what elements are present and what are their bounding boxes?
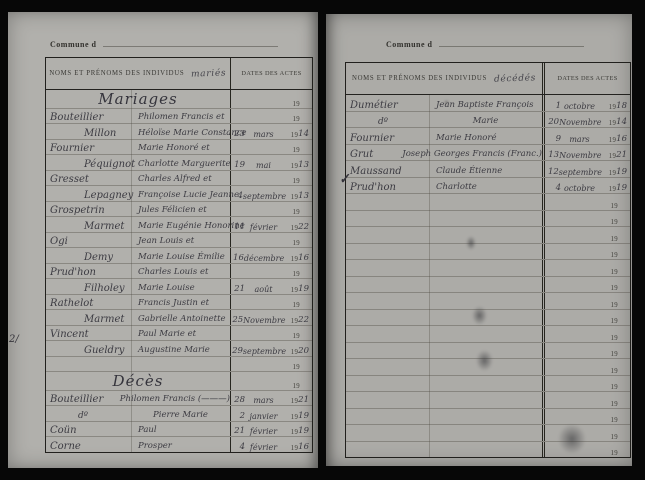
date-cell: 19 xyxy=(542,343,630,359)
date-day: 19 xyxy=(231,160,245,170)
names-area: CorneProsper xyxy=(46,437,230,451)
date-year: 1920 xyxy=(286,346,312,356)
date-year: 19 xyxy=(598,252,630,259)
scanned-register-spread: Commune d NOMS ET PRÉNOMS DES INDIVIDUS … xyxy=(0,0,645,480)
register-row: 19 xyxy=(346,226,630,243)
year-printed-prefix: 19 xyxy=(611,219,618,226)
register-row: Prud'honCharlotte4octobre1919 xyxy=(346,177,630,194)
date-month: Novembre xyxy=(243,316,285,325)
surname-cell: dº xyxy=(46,411,131,421)
date-year: 19 xyxy=(282,209,312,216)
date-cell: 19 xyxy=(542,227,630,243)
register-row: FournierMarie Honoré9mars1916 xyxy=(346,127,630,144)
surname-cell: dº xyxy=(346,117,429,127)
register-row: Mariages19 xyxy=(46,90,312,108)
date-day: 20 xyxy=(545,117,559,127)
table-body: Mariages19BouteillierPhilomen Francis et… xyxy=(46,90,312,452)
date-day: 2 xyxy=(231,411,245,421)
table-body: DumétierJean Baptiste François1octobre19… xyxy=(346,95,630,457)
date-year: 1922 xyxy=(282,222,312,232)
year-printed-prefix: 19 xyxy=(611,302,618,309)
register-row: CorneProsper4février1916 xyxy=(46,436,312,451)
given-names-cell: Marie Honoré xyxy=(429,133,497,144)
names-area: DemyMarie Louise Émilie xyxy=(46,248,230,262)
given-names-cell: Charlotte xyxy=(429,182,477,193)
dates-column-label: DATES DES ACTES xyxy=(557,75,617,82)
date-cell: 20Novembre1914 xyxy=(542,112,630,128)
year-handwritten-suffix: 19 xyxy=(616,183,627,193)
dates-column-label: DATES DES ACTES xyxy=(241,70,301,77)
date-cell: 19 xyxy=(542,409,630,425)
year-printed-prefix: 19 xyxy=(291,429,298,436)
register-row: DemyMarie Louise Émilie16décembre1916 xyxy=(46,247,312,262)
handwritten-annotation: mariés xyxy=(191,68,227,79)
register-page-left: Commune d NOMS ET PRÉNOMS DES INDIVIDUS … xyxy=(8,12,318,468)
date-year: 19 xyxy=(598,335,630,342)
names-area xyxy=(346,244,542,260)
date-month: mai xyxy=(245,161,282,170)
date-year: 1916 xyxy=(598,134,630,144)
given-names-cell: Philomen Francis et xyxy=(131,112,225,123)
register-row: GrospetrinJules Félicien et19 xyxy=(46,201,312,216)
handwritten-annotation: décédés xyxy=(494,73,536,84)
year-printed-prefix: 19 xyxy=(293,240,300,247)
date-year: 19 xyxy=(598,450,630,457)
names-area: PéquignotCharlotte Marguerite xyxy=(46,155,230,169)
date-month: mars xyxy=(245,396,282,405)
date-month: février xyxy=(245,223,282,232)
date-year: 19 xyxy=(598,417,630,424)
date-day: 4 xyxy=(231,191,243,201)
commune-label: Commune d xyxy=(50,40,97,49)
register-row: PéquignotCharlotte Marguerite19mai1913 xyxy=(46,154,312,169)
date-day: 4 xyxy=(545,183,561,193)
surname-cell: Grospetrin xyxy=(46,205,131,216)
date-day: 11 xyxy=(231,222,245,232)
date-year: 1919 xyxy=(598,183,630,193)
names-column-header: NOMS ET PRÉNOMS DES INDIVIDUS mariés xyxy=(46,58,230,89)
date-month: Novembre xyxy=(559,118,601,127)
date-cell: 4septembre1913 xyxy=(230,186,312,200)
date-year: 1914 xyxy=(601,117,630,127)
date-cell: 25Novembre1922 xyxy=(230,310,312,324)
year-handwritten-suffix: 22 xyxy=(298,222,309,232)
date-cell: 9mars1916 xyxy=(542,128,630,144)
date-day: 21 xyxy=(231,284,245,294)
date-cell: 28mars1921 xyxy=(230,391,312,405)
date-year: 1913 xyxy=(282,160,312,170)
year-handwritten-suffix: 22 xyxy=(298,315,309,325)
date-cell: 19 xyxy=(542,260,630,276)
year-printed-prefix: 19 xyxy=(611,384,618,391)
register-row: FournierMarie Honoré et19 xyxy=(46,139,312,154)
date-year: 19 xyxy=(598,368,630,375)
date-year: 19 xyxy=(598,384,630,391)
date-month: Novembre xyxy=(559,151,601,160)
date-cell: 19 xyxy=(542,194,630,210)
register-row: 19 xyxy=(346,276,630,293)
year-printed-prefix: 19 xyxy=(293,302,300,309)
surname-cell: Péquignot xyxy=(46,159,131,170)
given-names-cell: Paul Marie et xyxy=(131,329,196,340)
date-cell: 19 xyxy=(230,326,312,340)
date-cell: 19 xyxy=(542,293,630,309)
surname-cell: Fournier xyxy=(346,133,429,144)
given-names-cell: Marie xyxy=(429,116,542,127)
register-row: MarmetGabrielle Antoinette25Novembre1922 xyxy=(46,309,312,324)
year-printed-prefix: 19 xyxy=(291,163,298,170)
date-year: 19 xyxy=(282,178,312,185)
date-year: 1919 xyxy=(282,411,312,421)
register-row: 19 xyxy=(346,325,630,342)
date-day: 1 xyxy=(545,101,561,111)
names-area xyxy=(346,409,542,425)
date-cell: 19 xyxy=(230,171,312,185)
date-cell: 12septembre1919 xyxy=(542,161,630,177)
commune-blank-line xyxy=(103,38,278,47)
year-printed-prefix: 19 xyxy=(611,203,618,210)
year-printed-prefix: 19 xyxy=(609,170,616,177)
year-printed-prefix: 19 xyxy=(611,285,618,292)
register-row: 19 xyxy=(346,193,630,210)
date-cell: 29septembre1920 xyxy=(230,341,312,355)
register-row: 19 xyxy=(346,210,630,227)
commune-header: Commune d xyxy=(386,38,584,49)
year-printed-prefix: 19 xyxy=(293,116,300,123)
year-printed-prefix: 19 xyxy=(611,351,618,358)
register-row: MaussandClaude Étienne12septembre1919 xyxy=(346,160,630,177)
year-printed-prefix: 19 xyxy=(609,186,616,193)
names-column-label: NOMS ET PRÉNOMS DES INDIVIDUS xyxy=(49,70,184,77)
surname-cell: Bouteillier xyxy=(46,112,131,123)
given-names-cell: Marie Eugénie Honorine xyxy=(131,221,245,232)
surname-cell: Millon xyxy=(46,128,131,139)
year-printed-prefix: 19 xyxy=(609,104,616,111)
date-cell: 21février1919 xyxy=(230,422,312,436)
date-year: 1921 xyxy=(282,395,312,405)
register-row: MarmetMarie Eugénie Honorine11février192… xyxy=(46,216,312,231)
surname-cell: Corne xyxy=(46,441,131,452)
names-area xyxy=(46,357,230,371)
year-handwritten-suffix: 20 xyxy=(298,346,309,356)
names-area: BouteillierPhilomen Francis et xyxy=(46,109,230,123)
date-day: 28 xyxy=(231,395,245,405)
register-row: DumétierJean Baptiste François1octobre19… xyxy=(346,95,630,111)
date-cell: 23mars1914 xyxy=(230,124,312,138)
register-row: Décès19 xyxy=(46,371,312,390)
date-year: 19 xyxy=(598,219,630,226)
names-column-header: NOMS ET PRÉNOMS DES INDIVIDUS décédés xyxy=(346,63,542,94)
given-names-cell xyxy=(429,456,436,457)
year-printed-prefix: 19 xyxy=(293,271,300,278)
register-row: GressetCharles Alfred et19 xyxy=(46,170,312,185)
register-row: OgiJean Louis et19 xyxy=(46,232,312,247)
date-month: décembre xyxy=(244,254,284,263)
date-year: 1921 xyxy=(601,150,630,160)
names-column-label: NOMS ET PRÉNOMS DES INDIVIDUS xyxy=(352,75,487,82)
year-handwritten-suffix: 13 xyxy=(298,160,309,170)
date-cell: 19 xyxy=(230,140,312,154)
date-year: 1919 xyxy=(602,167,630,177)
given-names-cell: Marie Louise Émilie xyxy=(131,252,225,263)
year-printed-prefix: 19 xyxy=(293,147,300,154)
surname-cell: Filholey xyxy=(46,283,131,294)
register-row: BouteillierPhilomen Francis et19 xyxy=(46,108,312,123)
date-month: août xyxy=(245,285,282,294)
date-year: 19 xyxy=(598,203,630,210)
register-row: 19 xyxy=(346,441,630,458)
year-handwritten-suffix: 21 xyxy=(298,395,309,405)
date-year: 19 xyxy=(282,271,312,278)
year-printed-prefix: 19 xyxy=(293,101,300,108)
given-names-cell: Marie Louise xyxy=(131,283,195,294)
year-printed-prefix: 19 xyxy=(293,364,300,371)
date-day: 13 xyxy=(545,150,559,160)
date-year: 19 xyxy=(282,101,312,108)
names-area: GrutJoseph Georges Francis (Franc.) xyxy=(346,145,542,161)
register-row: 19 xyxy=(346,424,630,441)
date-day: 21 xyxy=(231,426,245,436)
names-area xyxy=(346,343,542,359)
year-handwritten-suffix: 19 xyxy=(298,284,309,294)
table-header: NOMS ET PRÉNOMS DES INDIVIDUS décédés DA… xyxy=(346,63,630,95)
names-area: FournierMarie Honoré et xyxy=(46,140,230,154)
date-year: 19 xyxy=(598,434,630,441)
surname-cell: Fournier xyxy=(46,143,131,154)
year-handwritten-suffix: 16 xyxy=(298,442,309,452)
register-page-right: Commune d NOMS ET PRÉNOMS DES INDIVIDUS … xyxy=(326,14,632,466)
year-printed-prefix: 19 xyxy=(291,256,298,263)
names-area xyxy=(346,260,542,276)
register-row: 19 xyxy=(346,243,630,260)
date-cell: 19 xyxy=(230,372,312,390)
given-names-cell: Marie Honoré et xyxy=(131,143,210,154)
names-area: Prud'honCharles Louis et xyxy=(46,264,230,278)
names-area: CoünPaul xyxy=(46,422,230,436)
names-area xyxy=(346,425,542,441)
date-year: 19 xyxy=(282,116,312,123)
register-table-mariages: NOMS ET PRÉNOMS DES INDIVIDUS mariés DAT… xyxy=(45,57,313,453)
register-row: 19 xyxy=(346,391,630,408)
date-year: 19 xyxy=(282,240,312,247)
date-cell: 4octobre1919 xyxy=(542,178,630,194)
date-month: janvier xyxy=(245,412,282,421)
names-area: MarmetMarie Eugénie Honorine xyxy=(46,217,230,231)
given-names-cell: Jules Félicien et xyxy=(131,205,207,216)
date-year: 19 xyxy=(282,364,312,371)
date-cell: 19 xyxy=(230,233,312,247)
date-cell: 19 xyxy=(542,211,630,227)
year-printed-prefix: 19 xyxy=(293,383,300,390)
year-handwritten-suffix: 21 xyxy=(616,150,627,160)
given-names-cell: Françoise Lucie Jeanne xyxy=(131,190,239,201)
date-cell: 19 xyxy=(230,357,312,371)
year-handwritten-suffix: 16 xyxy=(298,253,309,263)
date-month: septembre xyxy=(559,168,602,177)
names-area xyxy=(346,392,542,408)
names-area xyxy=(346,227,542,243)
surname-cell: Bouteillier xyxy=(46,394,113,405)
date-year: 1916 xyxy=(284,253,312,263)
surname-cell: Gueldry xyxy=(46,345,131,356)
year-printed-prefix: 19 xyxy=(291,445,298,452)
surname-cell: Demy xyxy=(46,252,131,263)
date-day: 25 xyxy=(231,315,243,325)
year-printed-prefix: 19 xyxy=(291,194,298,201)
date-month: mars xyxy=(561,135,598,144)
register-row: CoünPaul21février1919 xyxy=(46,421,312,436)
date-month: mars xyxy=(245,130,282,139)
date-month: septembre xyxy=(243,347,286,356)
date-month: février xyxy=(245,427,282,436)
ink-smudge xyxy=(558,424,586,454)
date-cell: 19 xyxy=(230,109,312,123)
year-printed-prefix: 19 xyxy=(611,269,618,276)
date-day: 23 xyxy=(231,129,245,139)
year-printed-prefix: 19 xyxy=(609,120,616,127)
register-row: VincentPaul Marie et19 xyxy=(46,325,312,340)
date-year: 19 xyxy=(598,351,630,358)
date-day: 16 xyxy=(231,253,244,263)
date-day: 9 xyxy=(545,134,561,144)
year-printed-prefix: 19 xyxy=(293,178,300,185)
section-heading: Mariages xyxy=(98,90,177,108)
year-printed-prefix: 19 xyxy=(609,137,616,144)
surname-cell: Prud'hon xyxy=(46,267,131,278)
date-year: 1918 xyxy=(598,101,630,111)
names-area xyxy=(346,277,542,293)
year-printed-prefix: 19 xyxy=(291,414,298,421)
year-printed-prefix: 19 xyxy=(611,335,618,342)
ink-smudge xyxy=(444,100,449,105)
date-year: 19 xyxy=(282,333,312,340)
date-cell: 19 xyxy=(542,425,630,441)
date-year: 19 xyxy=(282,302,312,309)
surname-cell: Marmet xyxy=(46,314,131,325)
names-area: GueldryAugustine Marie xyxy=(46,341,230,355)
given-names-cell: Charles Alfred et xyxy=(131,174,212,185)
register-row: 19 xyxy=(346,375,630,392)
register-row: 19 xyxy=(346,259,630,276)
given-names-cell: Charles Louis et xyxy=(131,267,208,278)
names-area: LepagneyFrançoise Lucie Jeanne xyxy=(46,186,230,200)
date-cell: 19 xyxy=(542,244,630,260)
date-year: 19 xyxy=(282,147,312,154)
date-month: février xyxy=(245,443,282,452)
surname-cell: Rathelot xyxy=(46,298,131,309)
year-handwritten-suffix: 18 xyxy=(616,101,627,111)
date-year: 19 xyxy=(282,383,312,390)
register-row: MillonHéloïse Marie Constance23mars1914 xyxy=(46,123,312,138)
surname-cell: Marmet xyxy=(46,221,131,232)
date-day: 29 xyxy=(231,346,243,356)
year-printed-prefix: 19 xyxy=(611,252,618,259)
date-cell: 19 xyxy=(230,202,312,216)
year-printed-prefix: 19 xyxy=(291,132,298,139)
register-row: 19 xyxy=(346,292,630,309)
date-year: 19 xyxy=(598,318,630,325)
date-cell: 11février1922 xyxy=(230,217,312,231)
names-area: MaussandClaude Étienne xyxy=(346,161,542,177)
date-year: 1913 xyxy=(286,191,312,201)
year-handwritten-suffix: 19 xyxy=(298,411,309,421)
commune-blank-line xyxy=(439,38,584,47)
surname-cell: Gresset xyxy=(46,174,131,185)
date-cell: 13Novembre1921 xyxy=(542,145,630,161)
date-cell: 19 xyxy=(542,376,630,392)
year-printed-prefix: 19 xyxy=(293,209,300,216)
register-row: GrutJoseph Georges Francis (Franc.)13Nov… xyxy=(346,144,630,161)
names-area: RathelotFrancis Justin et xyxy=(46,295,230,309)
names-area xyxy=(346,293,542,309)
date-year: 19 xyxy=(598,302,630,309)
names-area xyxy=(346,194,542,210)
names-area xyxy=(346,442,542,458)
date-cell: 19 xyxy=(542,310,630,326)
names-area xyxy=(346,310,542,326)
year-printed-prefix: 19 xyxy=(611,368,618,375)
ink-smudge xyxy=(466,236,476,250)
names-area: dºPierre Marie xyxy=(46,406,230,420)
names-area: OgiJean Louis et xyxy=(46,233,230,247)
year-printed-prefix: 19 xyxy=(611,401,618,408)
dates-column-header: DATES DES ACTES xyxy=(542,63,630,94)
given-names-cell: Prosper xyxy=(131,441,172,452)
surname-cell: Lepagney xyxy=(46,190,131,201)
date-year: 1914 xyxy=(282,129,312,139)
date-cell: 21août1919 xyxy=(230,279,312,293)
date-month: octobre xyxy=(561,184,598,193)
names-area: GrospetrinJules Félicien et xyxy=(46,202,230,216)
date-cell: 19 xyxy=(542,277,630,293)
register-row: 19 xyxy=(346,309,630,326)
date-day: 12 xyxy=(545,167,559,177)
given-names-cell: Francis Justin et xyxy=(131,298,209,309)
year-printed-prefix: 19 xyxy=(611,236,618,243)
table-header: NOMS ET PRÉNOMS DES INDIVIDUS mariés DAT… xyxy=(46,58,312,90)
names-area: GressetCharles Alfred et xyxy=(46,171,230,185)
date-year: 1922 xyxy=(286,315,312,325)
date-year: 1919 xyxy=(282,426,312,436)
year-printed-prefix: 19 xyxy=(611,434,618,441)
names-area: VincentPaul Marie et xyxy=(46,326,230,340)
register-row: 19 xyxy=(46,356,312,371)
date-cell: 19 xyxy=(230,264,312,278)
year-printed-prefix: 19 xyxy=(611,318,618,325)
given-names-cell: Gabrielle Antoinette xyxy=(131,314,226,325)
year-handwritten-suffix: 19 xyxy=(616,167,627,177)
register-row: FilholeyMarie Louise21août1919 xyxy=(46,278,312,293)
date-month: octobre xyxy=(561,102,598,111)
year-handwritten-suffix: 13 xyxy=(298,191,309,201)
surname-cell: Grut xyxy=(346,149,395,160)
date-cell: 19 xyxy=(230,90,312,108)
date-year: 1919 xyxy=(282,284,312,294)
year-handwritten-suffix: 16 xyxy=(616,134,627,144)
margin-note: 2/ xyxy=(9,334,19,345)
register-row: 19 xyxy=(346,408,630,425)
commune-label: Commune d xyxy=(386,40,433,49)
section-heading: Décès xyxy=(113,372,164,390)
ink-smudge xyxy=(476,350,493,371)
names-area: BouteillierPhilomen Francis (———) xyxy=(46,391,230,405)
year-printed-prefix: 19 xyxy=(291,287,298,294)
given-names-cell: Philomen Francis (———) xyxy=(113,394,230,405)
date-cell: 19 xyxy=(542,359,630,375)
register-table-deces: NOMS ET PRÉNOMS DES INDIVIDUS décédés DA… xyxy=(345,62,631,458)
names-area xyxy=(346,211,542,227)
commune-header: Commune d xyxy=(50,38,278,49)
